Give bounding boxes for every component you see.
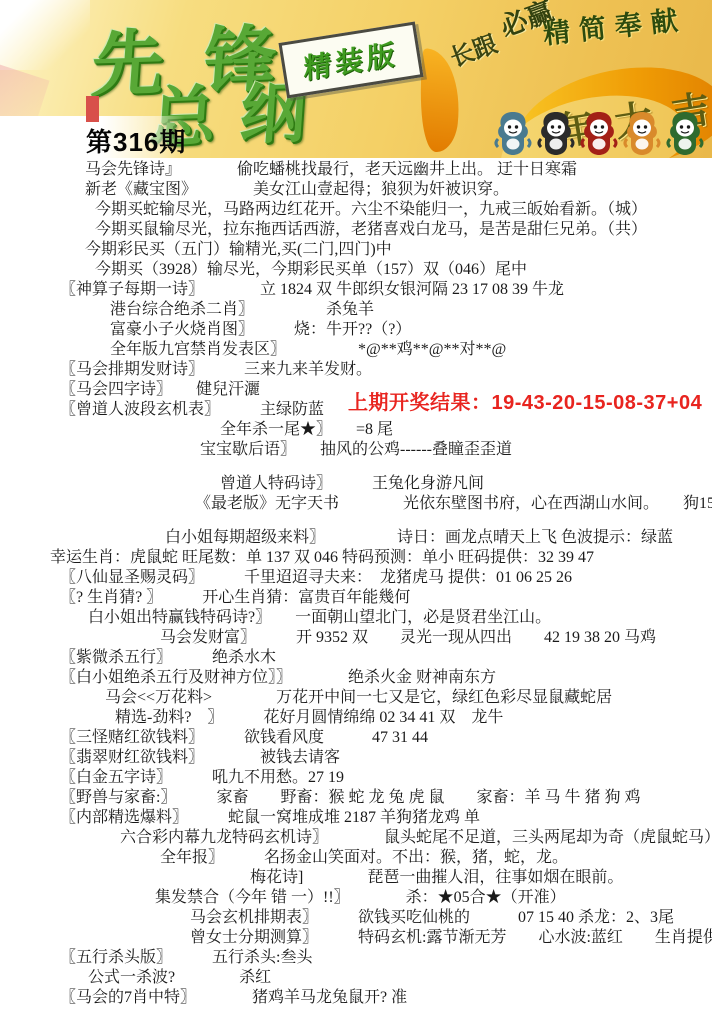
text-line: 全年报〗 名扬金山笑面对。不出：猴，猪，蛇，龙。 bbox=[0, 848, 712, 868]
text-line: 白小姐出特赢钱特码诗?〗 一面朝山望北门，必是贤君坐江山。 bbox=[0, 608, 712, 628]
text-line: 宝宝歇后语〗 抽风的公鸡------叠瞳歪歪道 bbox=[0, 440, 712, 460]
mascot-blue-icon bbox=[494, 110, 532, 156]
text-line: 〖八仙显圣赐灵码〗 千里迢迢寻夫来： 龙猪虎马 提供：01 06 25 26 bbox=[0, 568, 712, 588]
tipsheet-body: 马会先锋诗』 偷吃蟠桃找最行，老天远幽井上出。 迂十日寒霜新老《藏宝图》 美女江… bbox=[0, 160, 712, 1008]
mascot-panda-icon bbox=[537, 110, 575, 156]
header-banner: 年大吉 先锋 总纲 精装版 长跟 必赢 精简奉献 第316期 bbox=[0, 0, 712, 158]
tipsheet-page: 年大吉 先锋 总纲 精装版 长跟 必赢 精简奉献 第316期 马会先锋诗』 偷吃… bbox=[0, 0, 712, 1017]
text-line: 〖白金五字诗〗 吼九不用愁。27 19 bbox=[0, 768, 712, 788]
mascot-row bbox=[494, 110, 712, 158]
mascot-green-icon bbox=[666, 110, 704, 156]
mascot-red-icon bbox=[580, 110, 618, 156]
text-line: 〖五行杀头版〗 五行杀头:叁头 bbox=[0, 948, 712, 968]
text-line: 〖白小姐绝杀五行及财神方位〗〗 绝杀火金 财神南东方 bbox=[0, 668, 712, 688]
slogan-dedication: 精简奉献 bbox=[542, 7, 688, 49]
text-line: 曾道人特码诗〗 王兔化身游凡间 bbox=[0, 474, 712, 494]
text-line: 全年版九宫禁肖发表区〗 *@**鸡**@**对**@ bbox=[0, 340, 712, 360]
text-line: 马会发财富〗 开 9352 双 灵光一现从四出 42 19 38 20 马鸡 bbox=[0, 628, 712, 648]
text-line: 马会先锋诗』 偷吃蟠桃找最行，老天远幽井上出。 迂十日寒霜 bbox=[0, 160, 712, 180]
red-chip-decoration bbox=[86, 96, 99, 122]
text-line: 马会<<万花料> 万花开中间一七又是它，绿红色彩尽显鼠藏蛇居 bbox=[0, 688, 712, 708]
text-line: 公式一杀波? 杀红 bbox=[0, 968, 712, 988]
issue-number: 第316期 bbox=[86, 122, 186, 158]
text-line: 精选-劲料? 〗 花好月圆情绵绵 02 34 41 双 龙牛 bbox=[0, 708, 712, 728]
previous-draw-result: 上期开奖结果：19-43-20-15-08-37+04 bbox=[348, 386, 702, 415]
text-line: 《最老版》无字天书 光依东壁图书府，心在西湖山水间。 狗15 bbox=[0, 494, 712, 514]
text-line: 〖神算子每期一诗〗 立 1824 双 牛郎织女银河隔 23 17 08 39 牛… bbox=[0, 280, 712, 300]
text-line: 幸运生肖：虎鼠蛇 旺尾数：单 137 双 046 特码预测：单小 旺码提供：32… bbox=[0, 548, 712, 568]
text-line: 全年杀一尾★〗 =8 尾 bbox=[0, 420, 712, 440]
text-line: 集发禁合（今年 错 一）!!〗 杀：★05合★（开准） bbox=[0, 888, 712, 908]
text-line: 〖三怪赌红欲钱料〗 欲钱看风度 47 31 44 bbox=[0, 728, 712, 748]
text-line: 〖马会排期发财诗〗 三来九来羊发财。 bbox=[0, 360, 712, 380]
edition-badge-label: 精装版 bbox=[303, 32, 399, 87]
text-line: 今期买鼠输尽光，拉东拖西话西游，老猪喜戏白龙马，是苦是甜仨兄弟。（共） bbox=[0, 220, 712, 240]
text-line: 今期买（3928）输尽光，今期彩民买单（157）双（046）尾中 bbox=[0, 260, 712, 280]
text-line: 〖内部精选爆料〗 蛇鼠一窝堆成堆 2187 羊狗猪龙鸡 单 bbox=[0, 808, 712, 828]
text-line: 〖翡翠财红欲钱料〗 被钱去请客 bbox=[0, 748, 712, 768]
text-line: 富豪小子火烧肖图〗 烧：牛开??（?） bbox=[0, 320, 712, 340]
text-line: 六合彩内幕九龙特码玄机诗〗 鼠头蛇尾不足道，三头两尾却为奇（虎鼠蛇马） bbox=[0, 828, 712, 848]
slogan-follow: 长跟 bbox=[447, 33, 500, 72]
text-line: 今期买蛇输尽光，马路两边红花开。六尘不染能归一，九戒三皈始看新。（城） bbox=[0, 200, 712, 220]
text-line: 新老《藏宝图》 美女江山壹起得；狼狈为奸被识穿。 bbox=[0, 180, 712, 200]
header-highlight-topleft bbox=[0, 0, 90, 70]
text-line: 〖? 生肖猜? 〗 开心生肖猜：富贵百年能幾何 bbox=[0, 588, 712, 608]
mascot-orange-icon bbox=[623, 110, 661, 156]
text-line: 梅花诗] 琵琶一曲摧人泪，往事如烟在眼前。 bbox=[0, 868, 712, 888]
text-line: 今期彩民买（五门）输精光,买(二门,四门)中 bbox=[0, 240, 712, 260]
text-line: 马会玄机排期表〗 欲钱买吃仙桃的 07 15 40 杀龙：2、3尾 bbox=[0, 908, 712, 928]
text-line: 白小姐每期超级来料〗 诗日：画龙点晴天上飞 色波提示：绿蓝 bbox=[0, 528, 712, 548]
text-line: 港台综合绝杀二肖〗 杀兔羊 bbox=[0, 300, 712, 320]
text-line: 〖紫微杀五行〗 绝杀水木 bbox=[0, 648, 712, 668]
text-line: 曾女士分期测算〗 特码玄机:露节渐无芳 心水波:蓝红 生肖提供:牛龙鼠蛇马 bbox=[0, 928, 712, 948]
text-line: 〖野兽与家畜:〗 家畜 野畜：猴 蛇 龙 兔 虎 鼠 家畜：羊 马 牛 猪 狗 … bbox=[0, 788, 712, 808]
text-line: 〖马会的7肖中特〗 猪鸡羊马龙兔鼠开? 准 bbox=[0, 988, 712, 1008]
